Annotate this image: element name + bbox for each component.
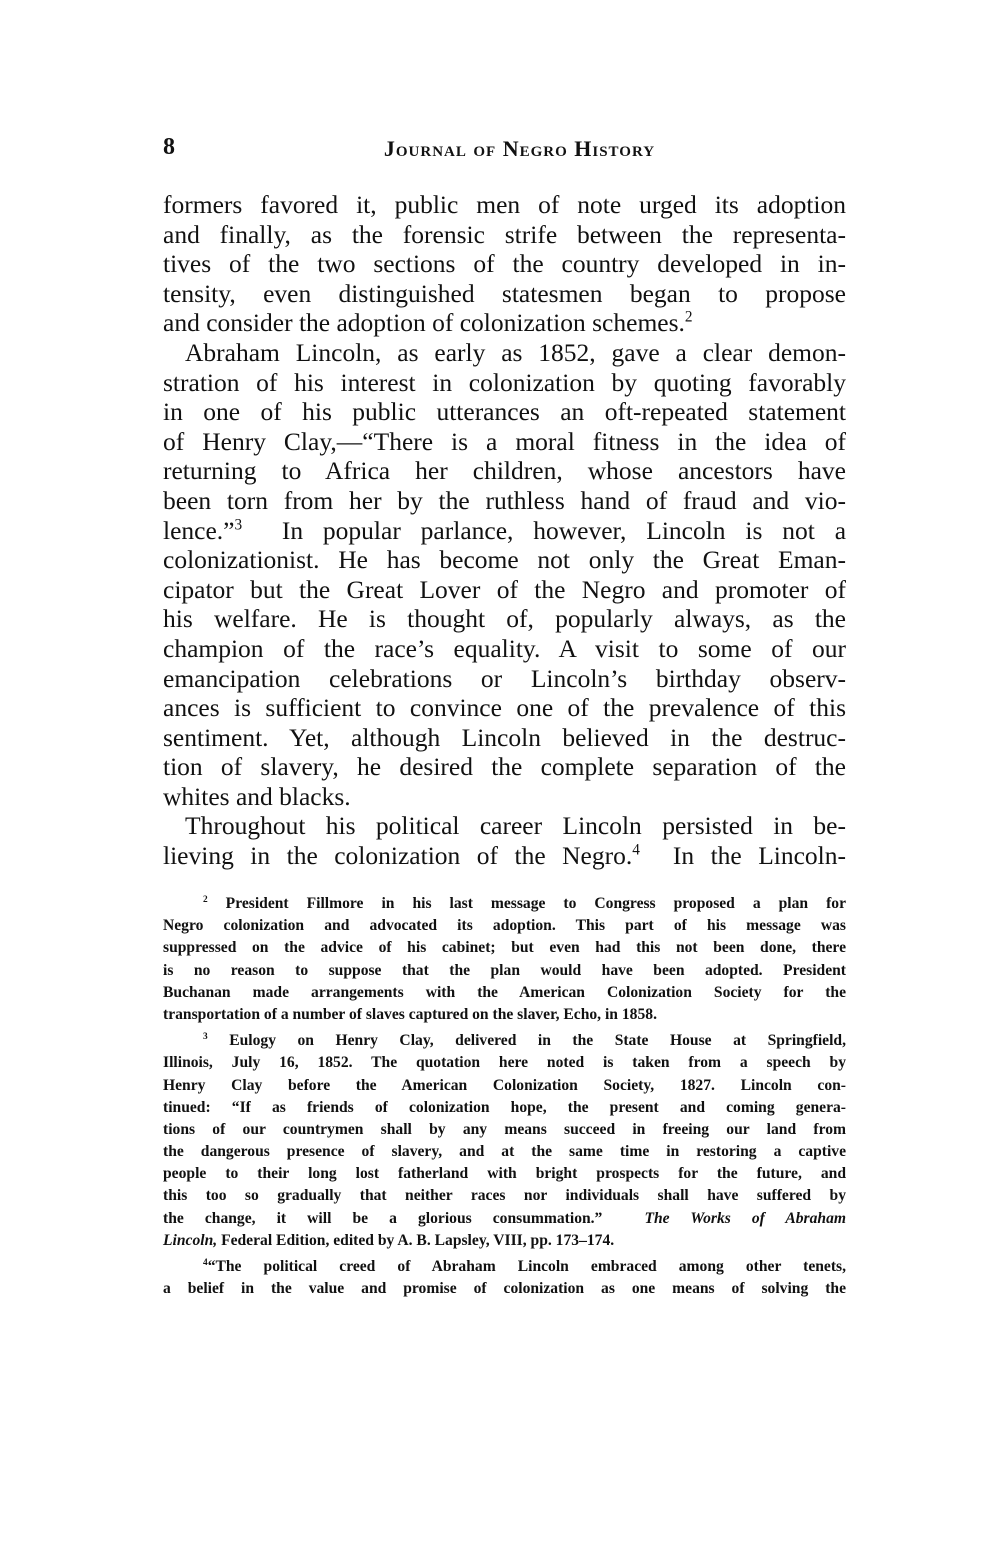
footnote-marker: 3 [203, 1032, 208, 1042]
body-line: colonizationist. He has become not only … [163, 545, 846, 575]
work-title-cont: Lincoln, [163, 1232, 217, 1249]
footnote-line: the dangerous presence of slavery, and a… [163, 1141, 846, 1163]
footnote-line: people to their long lost fatherland wit… [163, 1163, 846, 1185]
body-line: and finally, as the forensic strife betw… [163, 220, 846, 250]
footnote-4: 4“The political creed of Abraham Lincoln… [163, 1256, 846, 1278]
document-page: 8 Journal of Negro History formers favor… [0, 0, 1000, 1553]
body-line: returning to Africa her children, whose … [163, 456, 846, 486]
body-line: tensity, even distinguished statesmen be… [163, 279, 846, 309]
footnote-ref-4[interactable]: 4 [632, 842, 640, 859]
footnote-line: Buchanan made arrangements with the Amer… [163, 982, 846, 1004]
body-line: whites and blacks. [163, 782, 846, 812]
footnote-line: the change, it will be a glorious consum… [163, 1208, 846, 1230]
footnote-line: Lincoln, Federal Edition, edited by A. B… [163, 1230, 846, 1252]
body-line: ances is sufficient to convince one of t… [163, 693, 846, 723]
footnote-ref-3[interactable]: 3 [234, 516, 242, 533]
journal-title: Journal of Negro History [163, 136, 846, 162]
body-text: formers favored it, public men of note u… [163, 190, 846, 871]
footnotes: 2 President Fillmore in his last message… [163, 893, 846, 1300]
paragraph-start: Abraham Lincoln, as early as 1852, gave … [163, 338, 846, 368]
footnote-line: a belief in the value and promise of col… [163, 1278, 846, 1300]
footnote-line: tions of our countrymen shall by any mea… [163, 1119, 846, 1141]
footnote-line: Henry Clay before the American Colonizat… [163, 1075, 846, 1097]
body-line: his welfare. He is thought of, popularly… [163, 604, 846, 634]
paragraph-start: Throughout his political career Lincoln … [163, 811, 846, 841]
body-line: been torn from her by the ruthless hand … [163, 486, 846, 516]
footnote-3: 3 Eulogy on Henry Clay, delivered in the… [163, 1030, 846, 1052]
footnote-line: this too so gradually that neither races… [163, 1185, 846, 1207]
body-line: tion of slavery, he desired the complete… [163, 752, 846, 782]
work-title: The Works of Abraham [644, 1210, 846, 1227]
footnote-line: Negro colonization and advocated its ado… [163, 915, 846, 937]
body-line: in one of his public utterances an oft-r… [163, 397, 846, 427]
body-line: and consider the adoption of colonizatio… [163, 308, 846, 338]
body-line: sentiment. Yet, although Lincoln believe… [163, 723, 846, 753]
footnote-line: Illinois, July 16, 1852. The quotation h… [163, 1052, 846, 1074]
running-head: 8 Journal of Negro History [163, 134, 846, 166]
body-line: cipator but the Great Lover of the Negro… [163, 575, 846, 605]
body-line: lieving in the colonization of the Negro… [163, 841, 846, 871]
footnote-2: 2 President Fillmore in his last message… [163, 893, 846, 915]
footnote-ref-2[interactable]: 2 [685, 309, 693, 326]
footnote-line: suppressed on the advice of his cabinet;… [163, 937, 846, 959]
body-line: emancipation celebrations or Lincoln’s b… [163, 664, 846, 694]
footnote-marker: 2 [203, 895, 208, 905]
footnote-line: is no reason to suppose that the plan wo… [163, 960, 846, 982]
footnote-line: tinued: “If as friends of colonization h… [163, 1097, 846, 1119]
footnote-line: transportation of a number of slaves cap… [163, 1004, 846, 1026]
body-line: tives of the two sections of the country… [163, 249, 846, 279]
body-line: formers favored it, public men of note u… [163, 190, 846, 220]
body-line: champion of the race’s equality. A visit… [163, 634, 846, 664]
body-line: lence.”3 In popular parlance, however, L… [163, 516, 846, 546]
body-line: of Henry Clay,—“There is a moral fitness… [163, 427, 846, 457]
body-line: stration of his interest in colonization… [163, 368, 846, 398]
